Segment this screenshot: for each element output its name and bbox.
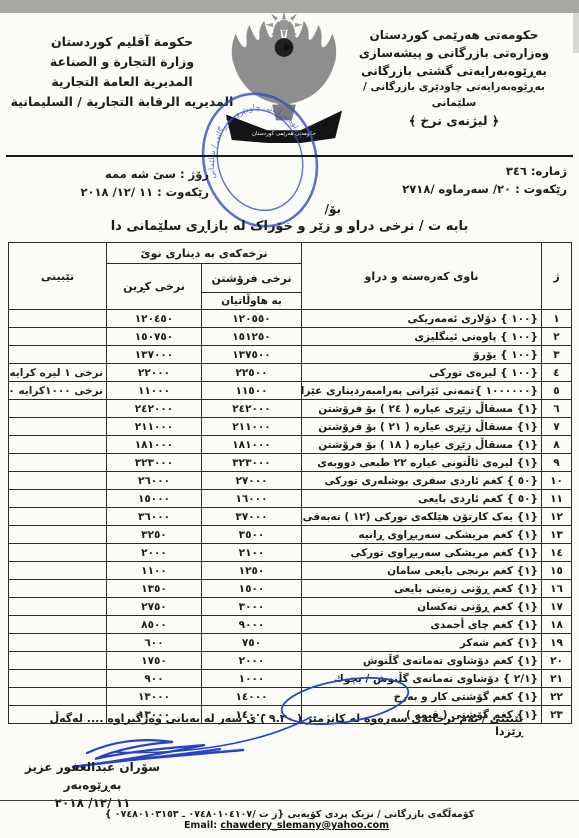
note-cell [9,454,107,472]
row-number: ٧ [542,418,572,436]
buy-price-cell: ١٥٠٠٠ [107,490,202,508]
footnote-label: تێبينى / [482,712,523,725]
table-row: ١١{٥٠ } كغم ئاردى بايعى١٦٠٠٠١٥٠٠٠ [9,490,572,508]
item-name-cell: {١٠٠ } ليرەى توركى [302,364,542,382]
buy-price-cell: ٣٢٣٠٠٠ [107,454,202,472]
sell-price-cell: ١٦٠٠٠ [202,490,302,508]
table-row: ١٤{١} كغم مريشكى سەربڕاوى توركى٢١٠٠٢٠٠٠ [9,544,572,562]
signature-block: سۆران عبدالغفور عزيز بەڕێوەبەر ١١ /١٢/ ٢… [10,758,175,812]
row-number: ١٨ [542,616,572,634]
note-cell [9,652,107,670]
footer-company: كۆمەڵگەى بازرگانى / نزيک پردى كۆيەيى [287,809,474,820]
row-number: ٥ [542,382,572,400]
header-kurdish-line: حكومەتى هەرێمى كوردستان [339,26,569,44]
table-row: ١{١٠٠ } دۆلارى ئەمەريكى١٢٠٥٥٠١٢٠٤٥٠ [9,310,572,328]
note-cell [9,562,107,580]
item-name-cell: {١} كغم دۆشاوى تەماتەى گڵنوش [302,652,542,670]
header-price-committee-line: ﴿ ليژنەى نرخ ﴾ [339,112,569,131]
table-row: ١٢{١} يەک كارتۆن هێلكەى توركى (١٢ ) تەبە… [9,508,572,526]
rates-table-body: ١{١٠٠ } دۆلارى ئەمەريكى١٢٠٥٥٠١٢٠٤٥٠٢{١٠٠… [9,310,572,724]
sell-price-cell: ٣٧٠٠٠ [202,508,302,526]
sell-price-cell: ١٥٠٠ [202,580,302,598]
table-row: ١٥{١} كغم برنجى بايعى سامان١٢٥٠١١٠٠ [9,562,572,580]
note-cell [9,688,107,706]
item-name-cell: {١} كغم ڕۆنى تەكسان [302,598,542,616]
col-header-item-name: ناوى كەرەستە و دراو [302,243,542,310]
item-name-cell: {١٠٠٠٠٠٠ }تمەنى ئێرانى بەرامبەردينارى عێ… [302,382,542,400]
doc-day: رۆژ : سێ شه ممه [24,166,209,184]
row-number: ١٩ [542,634,572,652]
note-cell [9,634,107,652]
banner-text: حكومەتى هەرێمى كوردستان [252,130,316,137]
buy-price-cell: ٢٠٠٠ [107,544,202,562]
item-name-cell: {١} ليرەى ئاڵتونى عياره ٢٢ طبعى دووبەى [302,454,542,472]
note-cell [9,418,107,436]
item-name-cell: {٢/١ } دۆشاوى تەماتەى گڵنوش / بچوك [302,670,542,688]
sell-price-cell: ٢١١٠٠٠ [202,418,302,436]
buy-price-cell: ١٣٥٠ [107,580,202,598]
buy-price-cell: ١٥٠٧٥٠ [107,328,202,346]
note-cell [9,490,107,508]
table-row: ٢٢{١} كغم گۆشتى كار و بەرخ١٤٠٠٠١٣٠٠٠ [9,688,572,706]
buy-price-cell: ٢٦٠٠٠ [107,472,202,490]
table-row: ٩{١} ليرەى ئاڵتونى عياره ٢٢ طبعى دووبەى٣… [9,454,572,472]
buy-price-cell: ٢٤٢٠٠٠ [107,400,202,418]
table-row: ١٠{٥٠ } كغم ئاردى سفرى بوشلەرى توركى٢٧٠٠… [9,472,572,490]
item-name-cell: {١} كغم چاى أحمدى [302,616,542,634]
row-number: ١٣ [542,526,572,544]
header-arabic-line: المديريه الرقابة التجارية / السليمانية [8,92,236,112]
row-number: ٣ [542,346,572,364]
footer-line: كۆمەڵگەى بازرگانى / نزيک پردى كۆيەيى {ژ … [0,809,579,831]
row-number: ٢٢ [542,688,572,706]
item-name-cell: {١} كغم مريشكى سەربڕاوى توركى [302,544,542,562]
item-name-cell: {١} كغم گۆشتى كار و بەرخ [302,688,542,706]
footnote-text: ئەم نرخانەى سەرەوە لە كاتژمێر ( ٩.٣٠ ) ى… [50,712,523,738]
buy-price-cell: ١٨١٠٠٠ [107,436,202,454]
item-name-cell: {١} كغم شەكر [302,634,542,652]
note-cell [9,670,107,688]
row-number: ٦ [542,400,572,418]
footer-phones: {ژ ت /٠٧٤٨٠١٠٤١٠٧ ـ ٠٧٤٨٠١٠٣١٥٣ } [105,809,284,820]
item-name-cell: {١} مسقاڵ زێڕى عياره ( ٢٤ ) بۆ فرۆشتن [302,400,542,418]
sell-price-cell: ١٨١٠٠٠ [202,436,302,454]
footer-email-part: Email: chawdery_slemany@yahoo.com [184,820,389,831]
footnote-line: تێبينى / ئەم نرخانەى سەرەوە لە كاتژمێر (… [40,712,523,738]
doc-day-block: رۆژ : سێ شه ممه رێكەوت : ١١ /١٢/ ٢٠١٨ [24,166,209,202]
row-number: ١١ [542,490,572,508]
item-name-cell: {٥٠ } كغم ئاردى بايعى [302,490,542,508]
header-kurdish-block: حكومەتى هەرێمى كوردستان وەزارەتى بازرگان… [339,26,569,130]
sell-price-cell: ٢٢٥٠٠ [202,364,302,382]
note-cell [9,310,107,328]
sell-price-cell: ١٢٥٠ [202,562,302,580]
buy-price-cell: ١١٠٠ [107,562,202,580]
sell-price-cell: ١٤٠٠٠ [202,688,302,706]
row-number: ٢٣ [542,706,572,724]
item-name-cell: {١٠٠ } دۆلارى ئەمەريكى [302,310,542,328]
header-arabic-line: المديرية العامة التجارية [8,72,236,92]
buy-price-cell: ٣٦٠٠٠ [107,508,202,526]
note-cell [9,346,107,364]
row-number: ١٤ [542,544,572,562]
note-cell [9,508,107,526]
rates-table-container: ژ ناوى كەرەستە و دراو نرخەكەى بە دينارى … [8,242,572,724]
subject-title: بابه ت / نرخى دراو و زێر و خۆراک له بازا… [0,219,579,234]
email-link[interactable]: chawdery_slemany@yahoo.com [220,820,389,831]
sell-price-cell: ٧٥٠ [202,634,302,652]
sun-icon [265,11,302,39]
note-cell: نرخى ١ ليره كرايه ١٠٠ ليره [9,364,107,382]
table-row: ١٧{١} كغم ڕۆنى تەكسان٣٠٠٠٢٧٥٠ [9,598,572,616]
row-number: ٨ [542,436,572,454]
col-header-sell-sub: بە هاوڵاتيان [202,293,302,310]
buy-price-cell: ٢٧٥٠ [107,598,202,616]
col-header-price-group: نرخەكەى بە دينارى نوێ [107,243,302,264]
buy-price-cell: ٢٢٠٠٠ [107,364,202,382]
note-cell [9,436,107,454]
buy-price-cell: ١١٠٠٠ [107,382,202,400]
note-cell [9,616,107,634]
doc-number-block: ژماره: ٣٤٦ رێكەوت : ٢٠/ سەرماوه /٢٧١٨ [317,163,567,199]
col-header-note: تێبينى [9,243,107,310]
buy-price-cell: ٩٠٠ [107,670,202,688]
header-divider [6,155,573,157]
buy-price-cell: ٢١١٠٠٠ [107,418,202,436]
table-row: ٥{١٠٠٠٠٠٠ }تمەنى ئێرانى بەرامبەردينارى ع… [9,382,572,400]
table-row: ٢٠{١} كغم دۆشاوى تەماتەى گڵنوش٢٠٠٠١٧٥٠ [9,652,572,670]
table-row: ٢{١٠٠ } پاوەنى ئينگليزى١٥١٢٥٠١٥٠٧٥٠ [9,328,572,346]
row-number: ٤ [542,364,572,382]
row-number: ١٠ [542,472,572,490]
sell-price-cell: ٢٤٢٠٠٠ [202,400,302,418]
footer-divider [0,800,579,801]
table-row: ١٦{١} كغم ڕۆنى زەيتى بايعى١٥٠٠١٣٥٠ [9,580,572,598]
signatory-name: سۆران عبدالغفور عزيز [10,758,175,776]
table-row: ٦{١} مسقاڵ زێڕى عياره ( ٢٤ ) بۆ فرۆشتن٢٤… [9,400,572,418]
header-kurdish-line: بەڕێوەبەرايەتى گشتى بازرگانى [339,62,569,80]
doc-number: ژماره: ٣٤٦ [317,163,567,181]
sell-price-cell: ١٣٧٥٠٠ [202,346,302,364]
col-header-number: ژ [542,243,572,310]
buy-price-cell: ١٣٧٠٠٠ [107,346,202,364]
sell-price-cell: ٢١٠٠ [202,544,302,562]
buy-price-cell: ٦٠٠ [107,634,202,652]
item-name-cell: {١٠٠ } يۆرۆ [302,346,542,364]
rates-table: ژ ناوى كەرەستە و دراو نرخەكەى بە دينارى … [8,242,572,724]
buy-price-cell: ١٧٥٠ [107,652,202,670]
item-name-cell: {١} كغم مريشكى سەربڕاوى ڕانيه [302,526,542,544]
col-header-sell: نرخى فرۆشتن [202,264,302,293]
to-line: بۆ/ [325,202,341,216]
header-kurdish-line: وەزارەتى بازرگانى و پيشەسازى [339,44,569,62]
note-cell: نرخى ١٠٠٠كرايه ١٠٠٠٠٠٠ تمن [9,382,107,400]
item-name-cell: {١} يەک كارتۆن هێلكەى توركى (١٢ ) تەبەقى [302,508,542,526]
email-label: Email: [184,820,217,831]
item-name-cell: {١} كغم برنجى بايعى سامان [302,562,542,580]
buy-price-cell: ٣٢٥٠ [107,526,202,544]
col-header-buy: نرخى كڕين [107,264,202,310]
row-number: ٢١ [542,670,572,688]
table-row: ١٩{١} كغم شەكر٧٥٠٦٠٠ [9,634,572,652]
krg-eagle-emblem: حكومەتى هەرێمى كوردستان [220,10,348,150]
header-arabic-block: حكومة آقليم كوردستان وزارة التجارة و الص… [8,32,236,112]
sell-price-cell: ٢٧٠٠٠ [202,472,302,490]
note-cell [9,598,107,616]
sell-price-cell: ٣٠٠٠ [202,598,302,616]
item-name-cell: {٥٠ } كغم ئاردى سفرى بوشلەرى توركى [302,472,542,490]
row-number: ١٥ [542,562,572,580]
row-number: ٢٠ [542,652,572,670]
row-number: ١٧ [542,598,572,616]
sell-price-cell: ١٠٠٠ [202,670,302,688]
note-cell [9,400,107,418]
sell-price-cell: ٣٢٣٠٠٠ [202,454,302,472]
note-cell [9,580,107,598]
item-name-cell: {١٠٠ } پاوەنى ئينگليزى [302,328,542,346]
sell-price-cell: ١١٥٠٠ [202,382,302,400]
table-row: ١٨{١} كغم چاى أحمدى٩٠٠٠٨٥٠٠ [9,616,572,634]
note-cell [9,526,107,544]
table-row: ١٣{١} كغم مريشكى سەربڕاوى ڕانيه٣٥٠٠٣٢٥٠ [9,526,572,544]
header-arabic-line: وزارة التجارة و الصناعة [8,52,236,72]
note-cell [9,544,107,562]
note-cell [9,328,107,346]
table-row: ٢١{٢/١ } دۆشاوى تەماتەى گڵنوش / بچوك١٠٠٠… [9,670,572,688]
row-number: ٩ [542,454,572,472]
row-number: ١٢ [542,508,572,526]
note-cell [9,472,107,490]
scanned-document-page: حكومەتى هەرێمى كوردستان وەزارەتى بازرگان… [0,0,579,838]
buy-price-cell: ٨٥٠٠ [107,616,202,634]
signatory-title: بەڕێوەبەر [10,776,175,794]
table-row: ٨{١} مسقاڵ زێڕى عياره ( ١٨ ) بۆ فرۆشتن١٨… [9,436,572,454]
sell-price-cell: ٣٥٠٠ [202,526,302,544]
header-kurdish-line: بەڕێوەبەرايەتى چاودێرى بازرگانى / سلێمان… [339,80,569,112]
table-row: ٤{١٠٠ } ليرەى توركى٢٢٥٠٠٢٢٠٠٠نرخى ١ ليره… [9,364,572,382]
row-number: ١ [542,310,572,328]
item-name-cell: {١} كغم ڕۆنى زەيتى بايعى [302,580,542,598]
item-name-cell: {١} مسقاڵ زێڕى عياره ( ١٨ ) بۆ فرۆشتن [302,436,542,454]
sell-price-cell: ١٥١٢٥٠ [202,328,302,346]
row-number: ٢ [542,328,572,346]
buy-price-cell: ١٣٠٠٠ [107,688,202,706]
doc-date-kurdish: رێكەوت : ٢٠/ سەرماوه /٢٧١٨ [317,181,567,199]
doc-date-gregorian: رێكەوت : ١١ /١٢/ ٢٠١٨ [24,184,209,202]
sell-price-cell: ٢٠٠٠ [202,652,302,670]
scan-edge-shadow [573,13,579,53]
row-number: ١٦ [542,580,572,598]
sell-price-cell: ١٢٠٥٥٠ [202,310,302,328]
sell-price-cell: ٩٠٠٠ [202,616,302,634]
table-row: ٧{١} مسقاڵ زێڕى عياره ( ٢١ ) بۆ فرۆشتن٢١… [9,418,572,436]
buy-price-cell: ١٢٠٤٥٠ [107,310,202,328]
header-arabic-line: حكومة آقليم كوردستان [8,32,236,52]
table-row: ٣{١٠٠ } يۆرۆ١٣٧٥٠٠١٣٧٠٠٠ [9,346,572,364]
item-name-cell: {١} مسقاڵ زێڕى عياره ( ٢١ ) بۆ فرۆشتن [302,418,542,436]
